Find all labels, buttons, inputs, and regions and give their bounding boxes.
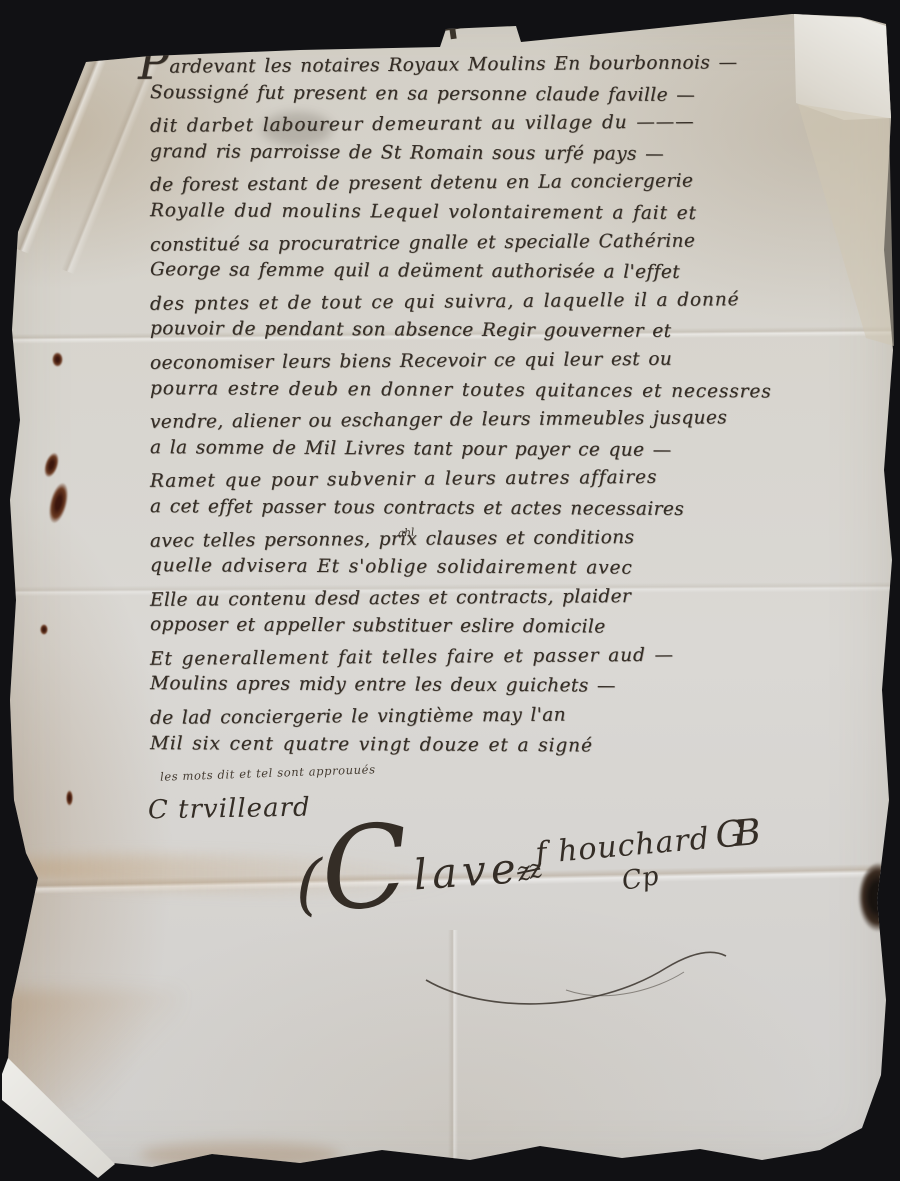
manuscript-text: Pardevant les notaires Royaux Moulins En… — [138, 50, 878, 760]
manuscript-line: pouvoir de pendant son absence Regir gou… — [138, 314, 878, 347]
ink-spot — [40, 624, 48, 635]
notary-cross-mark: + — [418, 4, 486, 52]
manuscript-line: Royalle dud moulins Lequel volontairemen… — [138, 196, 878, 229]
signature-principal-name: Clave — [320, 843, 522, 906]
stain — [140, 1142, 340, 1168]
signature-notary-name: f houchard — [534, 821, 711, 871]
ink-spot — [41, 451, 61, 480]
ink-spot — [45, 481, 72, 526]
ink-spot — [66, 790, 73, 806]
signature-flourish — [416, 920, 736, 1010]
notary-paraph-small: Cp — [620, 861, 661, 897]
manuscript-line: George sa femme quil a deüment authorisé… — [138, 255, 878, 288]
photo-background: + Pardevant les notaires Royaux Moulins … — [0, 0, 900, 1181]
ink-blot — [858, 862, 898, 932]
signature-witness: C trvilleard — [148, 793, 311, 826]
manuscript-line: Mil six cent quatre vingt douze et a sig… — [138, 729, 878, 762]
notary-paraph: GB — [714, 813, 753, 857]
manuscript-line: Pardevant les notaires Royaux Moulins En… — [138, 47, 878, 82]
stain — [0, 990, 180, 1110]
manuscript-line: vendre, aliener ou eschanger de leurs im… — [138, 402, 878, 437]
interline-note: les mots dit et tel sont approuués — [160, 762, 376, 784]
manuscript-line: oeconomiser leurs biens Recevoir ce qui … — [138, 343, 878, 378]
manuscript-line: quelle advisera Et s'oblige solidairemen… — [138, 551, 878, 584]
fold-crease — [14, 53, 108, 254]
manuscript-line: de forest estant de present detenu en La… — [138, 165, 878, 200]
manuscript-line: a cet effet passer tous contracts et act… — [138, 492, 878, 525]
manuscript-line: opposer et appeller substituer eslire do… — [138, 610, 878, 643]
ink-spot — [52, 352, 63, 367]
signature-flourish-open: ( — [296, 846, 322, 923]
interline-addition: ahl — [398, 526, 415, 539]
signature-principal: (Clavezz — [296, 846, 540, 923]
manuscript-line: de lad conciergerie le vingtième may l'a… — [138, 698, 878, 733]
manuscript-page: + Pardevant les notaires Royaux Moulins … — [0, 0, 900, 1181]
fold-crease — [448, 930, 458, 1180]
manuscript-line: dit darbet laboureur demeurant au villag… — [138, 106, 878, 141]
manuscript-line: Ramet que pour subvenir a leurs autres a… — [138, 461, 878, 496]
